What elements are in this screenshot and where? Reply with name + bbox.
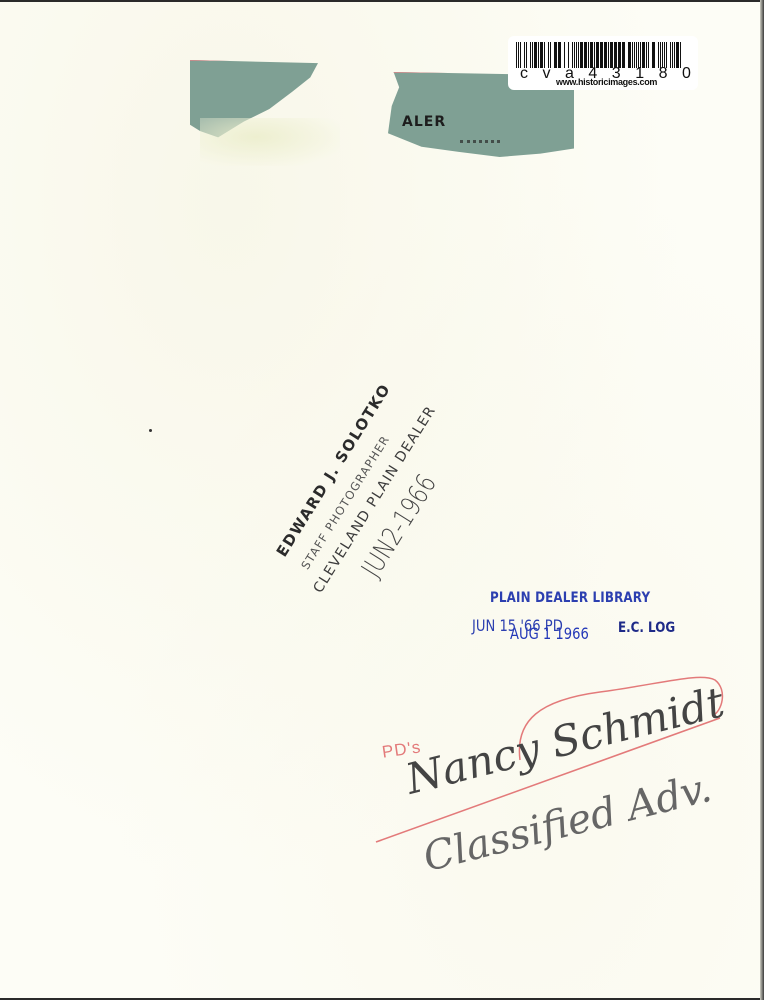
red-pencil-marks [0,0,764,1000]
